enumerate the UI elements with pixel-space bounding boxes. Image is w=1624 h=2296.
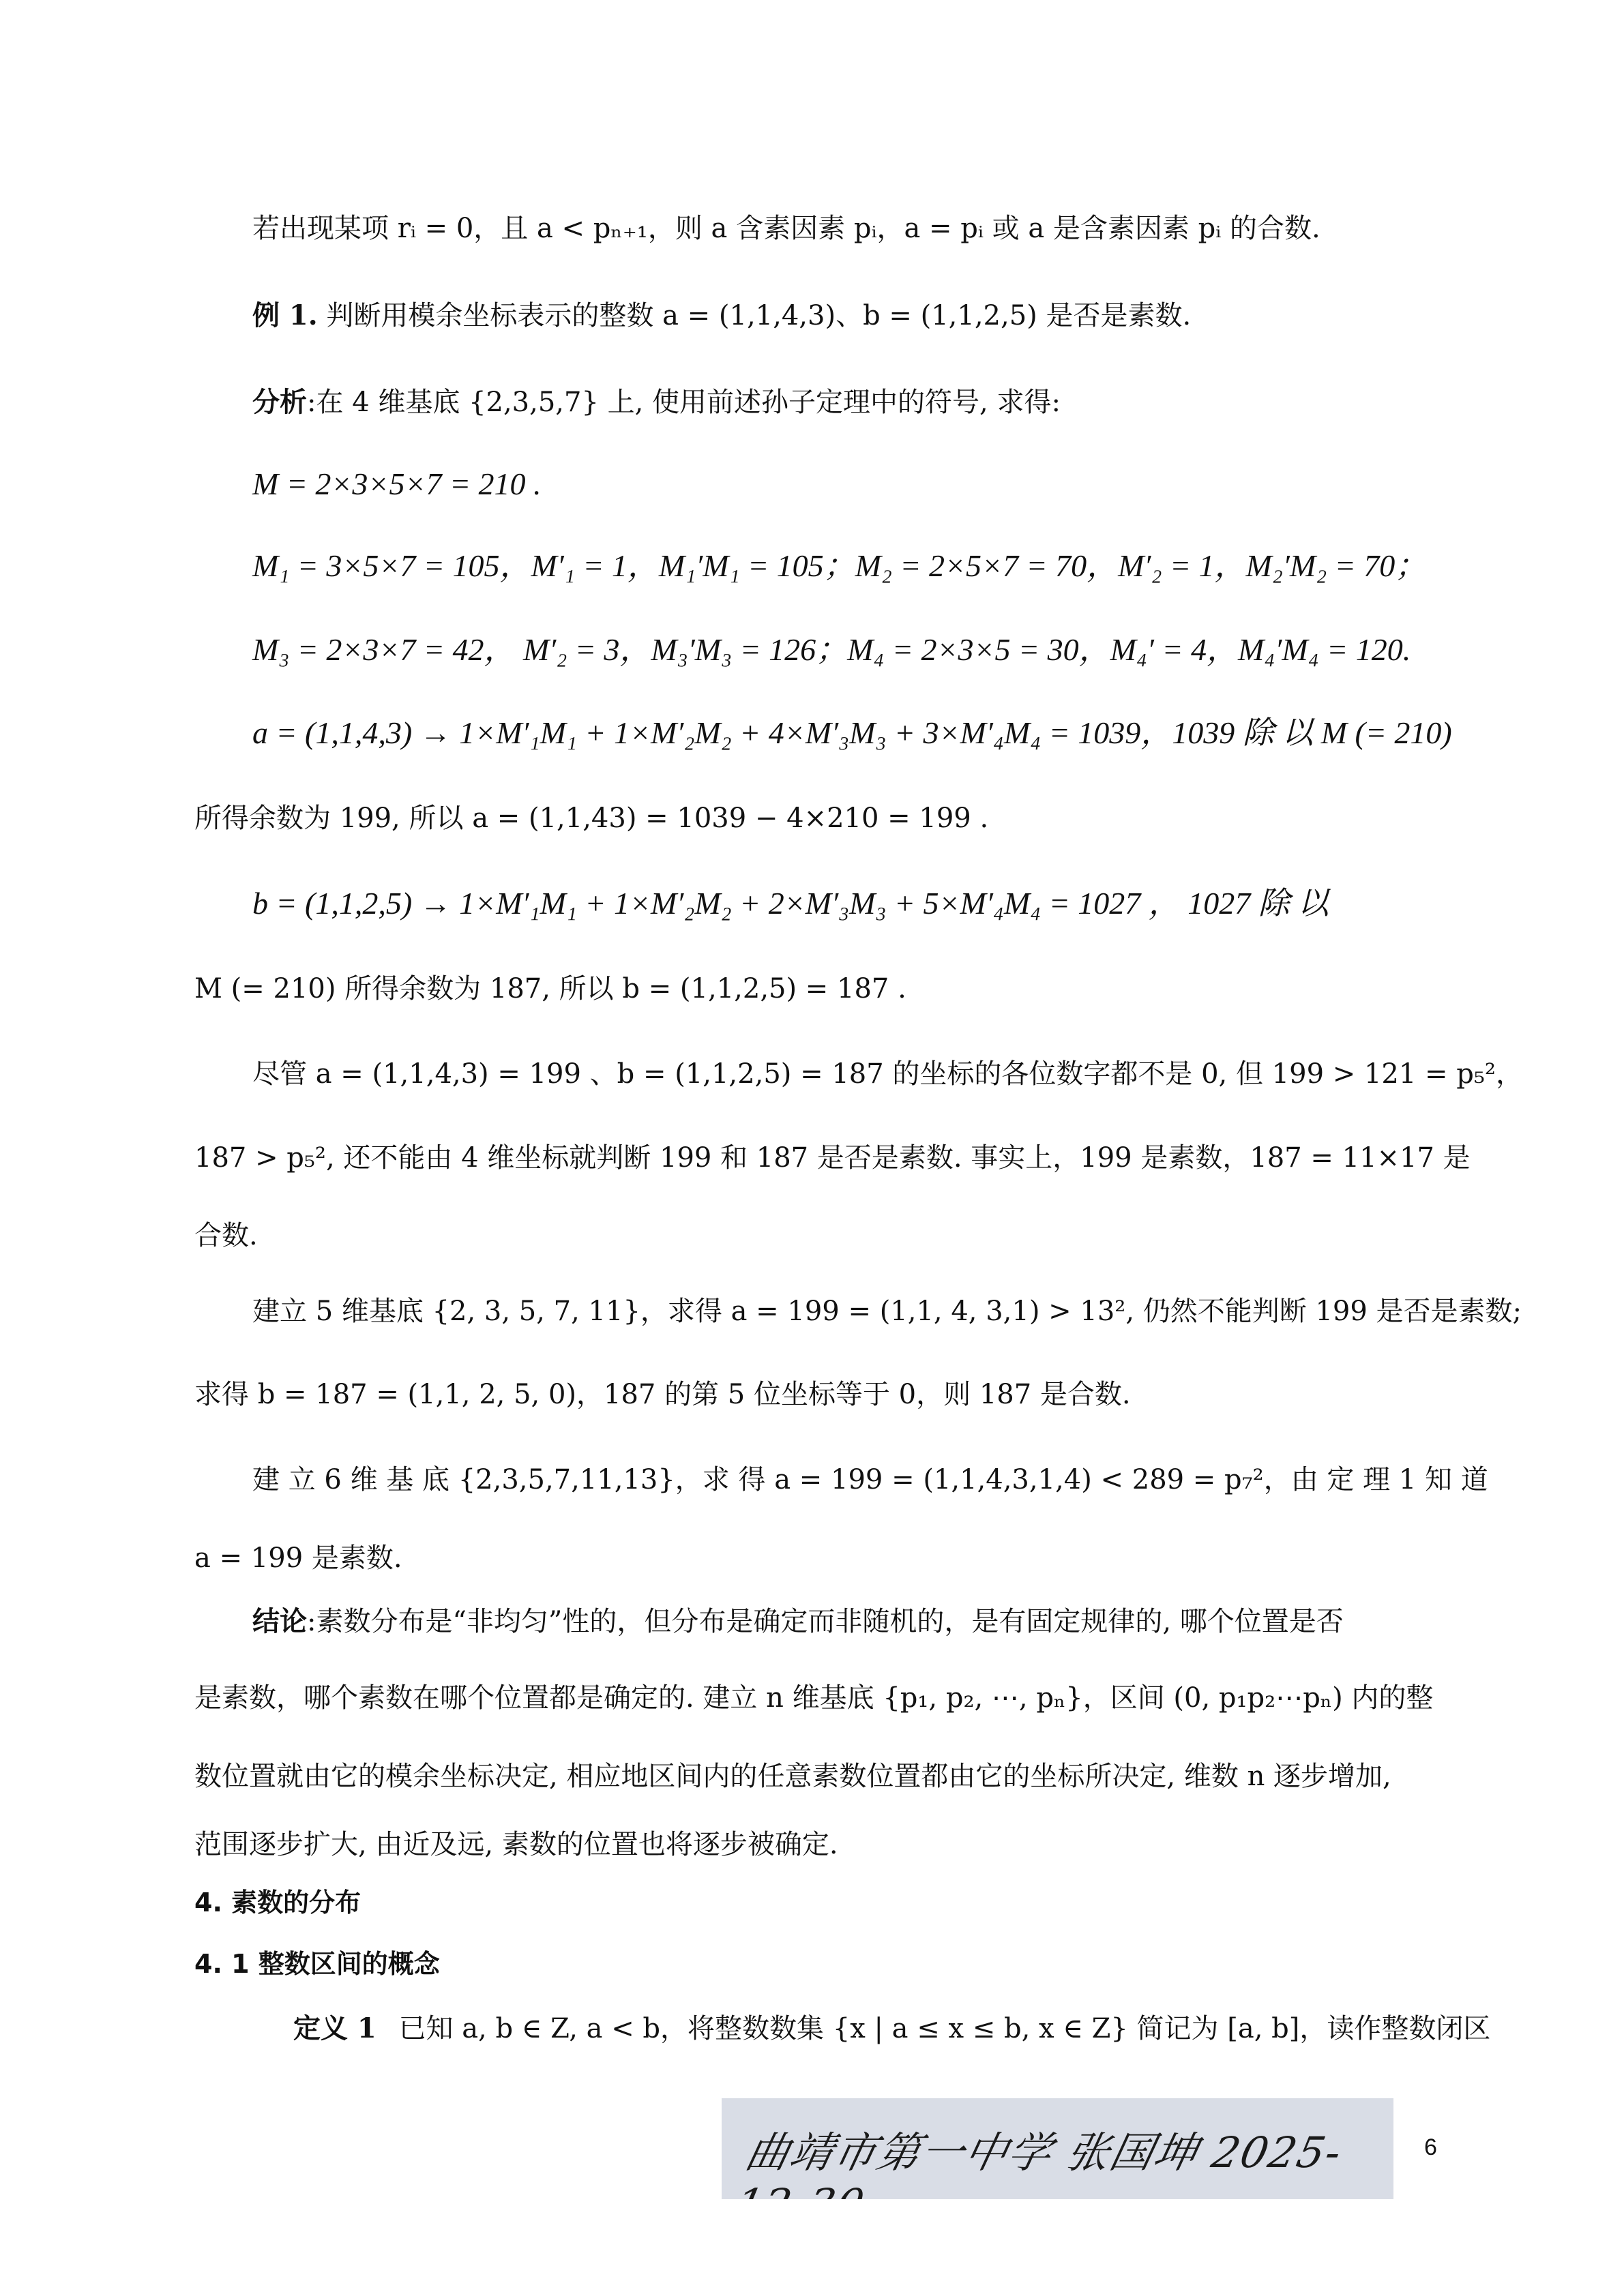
text-line: 求得 b = 187 = (1,1, 2, 5, 0)，187 的第 5 位坐标…: [194, 1379, 1131, 1410]
paragraph-line: 范围逐步扩大, 由近及远, 素数的位置也将逐步被确定.: [194, 1824, 1443, 1865]
signature-text: 曲靖市第一中学 张国坤 2025-12-30: [730, 2119, 1393, 2199]
text-line: 合数.: [194, 1220, 258, 1251]
text-line: M (= 210) 所得余数为 187, 所以 b = (1,1,2,5) = …: [194, 973, 906, 1004]
text-line: 尽管 a = (1,1,4,3) = 199 、b = (1,1,2,5) = …: [252, 1058, 1523, 1090]
formula-M: M = 2×3×5×7 = 210 .: [252, 466, 542, 501]
text-line: 建 立 6 维 基 底 {2,3,5,7,11,13}，求 得 a = 199 …: [252, 1464, 1488, 1495]
conclusion-line: 结论:素数分布是“非均匀”性的，但分布是确定而非随机的，是有固定规律的, 哪个位…: [252, 1601, 1501, 1642]
paragraph-line: 是素数，哪个素数在哪个位置都是确定的. 建立 n 维基底 {p₁, p₂, ⋯,…: [194, 1678, 1443, 1718]
text-line: 建立 5 维基底 {2, 3, 5, 7, 11}，求得 a = 199 = (…: [252, 1296, 1522, 1327]
conclusion-label: 结论: [252, 1605, 307, 1637]
analysis-line: 分析:在 4 维基底 {2,3,5,7} 上, 使用前述孙子定理中的符号, 求得…: [252, 382, 1501, 423]
analysis-text: :在 4 维基底 {2,3,5,7} 上, 使用前述孙子定理中的符号, 求得:: [307, 387, 1061, 418]
formula-M3-M4: M₃ = 2×3×7 = 42， M′₂ = 3，M₃′M₃ = 126；M₄ …: [252, 632, 1411, 667]
handwritten-signature-image: 曲靖市第一中学 张国坤 2025-12-30: [722, 2098, 1393, 2199]
paragraph-line: 建立 5 维基底 {2, 3, 5, 7, 11}，求得 a = 199 = (…: [252, 1291, 1501, 1332]
formula-a-sum: a = (1,1,4,3) → 1×M′₁M₁ + 1×M′₂M₂ + 4×M′…: [252, 715, 1452, 750]
formula-line: b = (1,1,2,5) → 1×M′₁M₁ + 1×M′₂M₂ + 2×M′…: [252, 883, 1453, 924]
section-heading-text: 4. 素数的分布: [194, 1888, 361, 1918]
example-text: 判断用模余坐标表示的整数 a = (1,1,4,3)、b = (1,1,2,5)…: [326, 300, 1191, 331]
text-line: 是素数，哪个素数在哪个位置都是确定的. 建立 n 维基底 {p₁, p₂, ⋯,…: [194, 1682, 1433, 1714]
formula-b-sum: b = (1,1,2,5) → 1×M′₁M₁ + 1×M′₂M₂ + 2×M′…: [252, 886, 1329, 921]
paragraph-line: 建 立 6 维 基 底 {2,3,5,7,11,13}，求 得 a = 199 …: [252, 1459, 1501, 1500]
paragraph-line: 数位置就由它的模余坐标决定, 相应地区间内的任意素数位置都由它的坐标所决定, 维…: [194, 1756, 1443, 1797]
text-line: a = 199 是素数.: [194, 1542, 402, 1574]
definition-line: 定义 1 已知 a, b ∈ Z, a < b，将整数数集 {x | a ≤ x…: [293, 2008, 1541, 2049]
paragraph-line: 若出现某项 rᵢ = 0，且 a < pₙ₊₁，则 a 含素因素 pᵢ，a = …: [194, 208, 1443, 249]
text-line: 187 > p₅², 还不能由 4 维坐标就判断 199 和 187 是否是素数…: [194, 1142, 1471, 1174]
paragraph-line: 所得余数为 199, 所以 a = (1,1,43) = 1039 − 4×21…: [194, 798, 1443, 839]
text-line: 范围逐步扩大, 由近及远, 素数的位置也将逐步被确定.: [194, 1829, 838, 1860]
formula-M1-M2: M₁ = 3×5×7 = 105，M′₁ = 1，M₁′M₁ = 105；M₂ …: [252, 548, 1426, 583]
definition-label: 定义 1: [293, 2012, 377, 2044]
example-label: 例 1.: [252, 299, 318, 331]
text-line: 数位置就由它的模余坐标决定, 相应地区间内的任意素数位置都由它的坐标所决定, 维…: [194, 1761, 1391, 1792]
paragraph-line: 187 > p₅², 还不能由 4 维坐标就判断 199 和 187 是否是素数…: [194, 1137, 1443, 1178]
paragraph-line: 求得 b = 187 = (1,1, 2, 5, 0)，187 的第 5 位坐标…: [194, 1374, 1443, 1415]
definition-text: 已知 a, b ∈ Z, a < b，将整数数集 {x | a ≤ x ≤ b,…: [385, 2013, 1490, 2044]
formula-line: M₁ = 3×5×7 = 105，M′₁ = 1，M₁′M₁ = 105；M₂ …: [252, 546, 1453, 586]
analysis-label: 分析: [252, 386, 307, 418]
formula-line: M = 2×3×5×7 = 210 .: [252, 464, 1501, 505]
section-heading: 4. 素数的分布: [194, 1882, 1443, 1923]
paragraph-line: 尽管 a = (1,1,4,3) = 199 、b = (1,1,2,5) = …: [252, 1054, 1501, 1094]
text-line: 所得余数为 199, 所以 a = (1,1,43) = 1039 − 4×21…: [194, 803, 988, 834]
example-line: 例 1. 判断用模余坐标表示的整数 a = (1,1,4,3)、b = (1,1…: [252, 295, 1501, 336]
paragraph-line: a = 199 是素数.: [194, 1538, 1443, 1579]
text-line: 若出现某项 rᵢ = 0，且 a < pₙ₊₁，则 a 含素因素 pᵢ，a = …: [194, 213, 1320, 244]
conclusion-text: :素数分布是“非均匀”性的，但分布是确定而非随机的，是有固定规律的, 哪个位置是…: [307, 1606, 1344, 1637]
subsection-heading-text: 4. 1 整数区间的概念: [194, 1949, 440, 1979]
paragraph-line: M (= 210) 所得余数为 187, 所以 b = (1,1,2,5) = …: [194, 968, 1443, 1009]
paragraph-line: 合数.: [194, 1215, 1443, 1256]
formula-line: M₃ = 2×3×7 = 42， M′₂ = 3，M₃′M₃ = 126；M₄ …: [252, 629, 1453, 670]
subsection-heading: 4. 1 整数区间的概念: [194, 1943, 1443, 1984]
page-number: 6: [1424, 2134, 1437, 2161]
formula-line: a = (1,1,4,3) → 1×M′₁M₁ + 1×M′₂M₂ + 4×M′…: [252, 713, 1453, 754]
